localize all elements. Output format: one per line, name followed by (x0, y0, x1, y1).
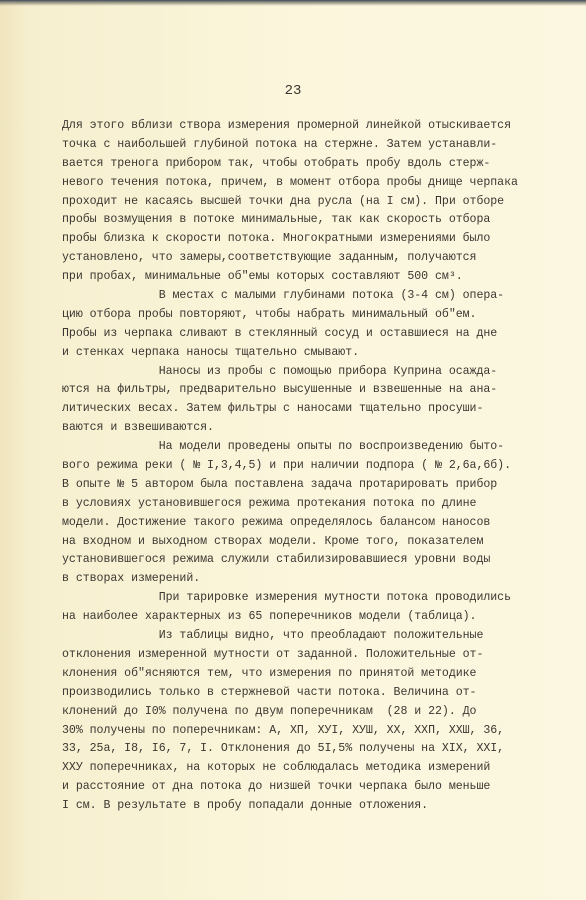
text-line: при пробах, минимальные об"емы которых с… (62, 268, 582, 287)
page-number: 23 (0, 83, 586, 99)
text-line: 33, 25а, I8, I6, 7, I. Отклонения до 5I,… (62, 740, 582, 759)
text-line: на наиболее характерных из 65 поперечник… (62, 608, 582, 627)
body-text: Для этого вблизи створа измерения промер… (62, 117, 582, 816)
text-line: Для этого вблизи створа измерения промер… (62, 117, 582, 136)
text-line: Наносы из пробы с помощью прибора Куприн… (62, 363, 582, 382)
text-line: клонений до I0% получена по двум попереч… (62, 703, 582, 722)
text-line: клонения об"ясняются тем, что измерения … (62, 665, 582, 684)
text-line: пробы близка к скорости потока. Многокра… (62, 230, 582, 249)
text-line: ются на фильтры, предварительно высушенн… (62, 381, 582, 400)
text-line: 30% получены по поперечникам: А, ХП, ХУI… (62, 722, 582, 741)
text-line: вого режима реки ( № I,3,4,5) и при нали… (62, 457, 582, 476)
text-line: При тарировке измерения мутности потока … (62, 589, 582, 608)
text-line: На модели проведены опыты по воспроизвед… (62, 438, 582, 457)
text-line: установлено, что замеры,соответствующие … (62, 249, 582, 268)
document-page: 23 Для этого вблизи створа измерения про… (0, 0, 586, 900)
text-line: литических весах. Затем фильтры с наноса… (62, 400, 582, 419)
text-line: I см. В результате в пробу попадали донн… (62, 797, 582, 816)
text-line: Пробы из черпака сливают в стеклянный со… (62, 325, 582, 344)
text-line: пробы возмущения в потоке минимальные, т… (62, 211, 582, 230)
text-line: в условиях установившегося режима протек… (62, 495, 582, 514)
text-line: В опыте № 5 автором была поставлена зада… (62, 476, 582, 495)
text-line: модели. Достижение такого режима определ… (62, 514, 582, 533)
text-line: ваются и взвешиваются. (62, 419, 582, 438)
text-line: В местах с малыми глубинами потока (3-4 … (62, 287, 582, 306)
text-line: невого течения потока, причем, в момент … (62, 174, 582, 193)
text-line: и расстояние от дна потока до низшей точ… (62, 778, 582, 797)
text-line: точка с наибольшей глубиной потока на ст… (62, 136, 582, 155)
text-line: Из таблицы видно, что преобладают положи… (62, 627, 582, 646)
text-line: цию отбора пробы повторяют, чтобы набрат… (62, 306, 582, 325)
text-line: и стенках черпака наносы тщательно смыва… (62, 344, 582, 363)
text-line: проходит не касаясь высшей точки дна рус… (62, 193, 582, 212)
text-line: отклонения измеренной мутности от заданн… (62, 646, 582, 665)
text-line: в створах измерений. (62, 570, 582, 589)
text-line: установившегося режима служили стабилизи… (62, 551, 582, 570)
text-line: вается тренога прибором так, чтобы отобр… (62, 155, 582, 174)
text-line: производились только в стержневой части … (62, 684, 582, 703)
text-line: ХХУ поперечниках, на которых не соблюдал… (62, 759, 582, 778)
text-line: на входном и выходном створах модели. Кр… (62, 533, 582, 552)
